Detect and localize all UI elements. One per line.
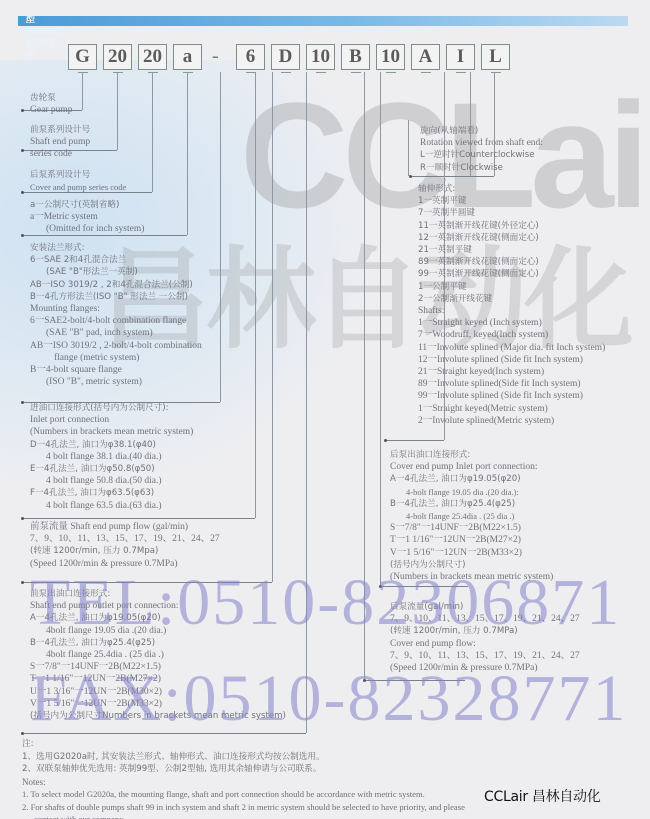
connector-vline [380, 72, 381, 586]
connector-dot [21, 732, 24, 735]
shaft-zh-line: 1一公制平键 [418, 281, 605, 293]
inlet-item-en: 4 bolt flange 50.8 dia.(50 dia.) [30, 475, 193, 487]
outlet-line: 4bolt flange 25.4dia . (25 dia .) [30, 649, 286, 661]
watermark-fax: FAX:0510-82328771 [30, 666, 627, 732]
code-segment: I [446, 44, 475, 70]
mounting-zh-line: B一4孔方形法兰(ISO "B" 形法兰 一公制) [30, 291, 202, 303]
note-zh-line: 1、选用G2020a时, 其安装法兰形式、轴伸形式、油口连接形式均按公制选用。 [22, 751, 465, 764]
shaft-en-line: 1一Straight keyed (Inch system) [418, 317, 605, 329]
cover-flow-title-en: Cover end pump flow: [390, 638, 580, 650]
mounting-en-line: (SAE "B" pad, inch system) [30, 327, 202, 339]
code-segment: 20 [103, 44, 132, 70]
connector-vline [220, 72, 221, 402]
cover-inlet-line: B一4孔法兰, 油口为φ25.4(φ25) [390, 498, 553, 510]
note-en-line: 1. To select model G2020a, the mounting … [22, 788, 465, 801]
code-segment: a [173, 44, 202, 70]
connector-vline [82, 72, 83, 110]
mounting-en-line: flange (metric system) [30, 352, 202, 364]
inlet-item-en: 4 bolt flange 38.1 dia.(40 dia.) [30, 451, 193, 463]
connector-hline [385, 440, 444, 441]
rotation-block: 旋向(从轴端看) Rotation viewed from shaft end:… [420, 125, 543, 174]
inlet-block: 进油口连接形式(括号内为公制尺寸): Inlet port connection… [30, 402, 193, 512]
shaft-title-zh: 轴伸形式: [418, 183, 605, 195]
inlet-item-en: 4 bolt flange 63.5 dia.(63 dia.) [30, 500, 193, 512]
metric-en1: a一Metric system [30, 211, 144, 223]
inlet-item-zh: D一4孔法兰, 油口为φ38.1(φ40) [30, 439, 193, 451]
code-segment: 6 [236, 44, 265, 70]
shaft-series-en1: Shaft end pump [30, 136, 90, 148]
notes-title-zh: 注: [22, 738, 465, 751]
cover-inlet-line: 4-bolt flange 25.4dia . (25 dia .) [390, 510, 553, 522]
connector-vline [272, 72, 273, 582]
code-separator: - [212, 44, 219, 68]
shaft-en-line: 1一Straight keyed(Metric system) [418, 403, 605, 415]
code-segment: 10 [376, 44, 405, 70]
mounting-title-zh: 安装法兰形式: [30, 242, 202, 254]
shaft-flow-block: 前泵流量 Shaft end pump flow (gal/min) 7、9、1… [30, 521, 220, 570]
connector-dot [21, 581, 24, 584]
inlet-item-zh: E一4孔法兰, 油口为φ50.8(φ50) [30, 463, 193, 475]
shaft-en-line: 11一Involute splined (Major dia. fit Inch… [418, 342, 605, 354]
shaft-zh-line: 21一英制平键 [418, 244, 605, 256]
note-en-line: contact with our company. [22, 813, 465, 819]
shaft-flow-cond-zh: (转速 1200r/min, 压力 0.7Mpa) [30, 545, 220, 557]
shaft-zh-line: 99一英制渐开线花键(侧面定心) [418, 268, 605, 280]
connector-dot [21, 401, 24, 404]
rotation-title-zh: 旋向(从轴端看) [420, 125, 543, 137]
connector-vline [408, 120, 409, 176]
code-segment: L [481, 44, 510, 70]
rotation-line: R一顺时针Clockwise [420, 162, 543, 174]
shaft-flow-title: 前泵流量 Shaft end pump flow (gal/min) [30, 521, 220, 533]
inlet-title-en: Inlet port connection [30, 414, 193, 426]
mounting-en-line: AB一ISO 3019/2 , 2-bolt/4-bolt combinatio… [30, 340, 202, 352]
cover-inlet-line: T一1 1/16"一12UN一2B(M27×2) [390, 534, 553, 546]
connector-dot [21, 517, 24, 520]
shaft-en-line: 12一Involute splined (Side fit Inch syste… [418, 354, 605, 366]
cover-series-en: Cover and pump series code [30, 181, 126, 193]
shaft-en-line: 21一Straight keyed(Inch system) [418, 366, 605, 378]
metric-zh: a一公制尺寸(英制省略) [30, 199, 144, 211]
connector-dot [21, 191, 24, 194]
shaft-series-zh: 前泵系列设计号 [30, 124, 90, 136]
connector-vline [187, 72, 188, 235]
code-segment: A [411, 44, 440, 70]
shaft-en-line: 89一Involute splined(Side fit Inch system… [418, 378, 605, 390]
notes-block: 注: 1、选用G2020a时, 其安装法兰形式、轴伸形式、油口连接形式均按公制选… [22, 738, 465, 819]
connector-hline [22, 518, 255, 519]
cover-flow-values2: 7、9、10、11、13、15、17、19、21、24、27 [390, 650, 580, 662]
rotation-line: L一逆时针Counterclockwise [420, 149, 543, 161]
header-title-en: / MODEL CODE [26, 14, 64, 50]
metric-en2: (Omitted for inch system) [30, 223, 144, 235]
gear-pump-block: 齿轮泵 Gear pump [30, 92, 72, 116]
shaft-en-line: 99一Involute splined (Side fit Inch syste… [418, 390, 605, 402]
shaft-zh-line: 7一英制半圆键 [418, 207, 605, 219]
shaft-zh-line: 2一公制渐开线花键 [418, 293, 605, 305]
shaft-zh-line: 11一英制渐开线花键(外径定心) [418, 220, 605, 232]
inlet-item-zh: F一4孔法兰, 油口为φ63.5(φ63) [30, 487, 193, 499]
shaft-zh-line: 12一英制渐开线花键(侧面定心) [418, 232, 605, 244]
shaft-en-line: 2一Involute splined(Metric system) [418, 415, 605, 427]
connector-dot [384, 439, 387, 442]
code-segment: 10 [306, 44, 335, 70]
connector-dot [21, 109, 24, 112]
cover-inlet-title-en: Cover end pump Inlet port connection: [390, 461, 553, 473]
cover-inlet-title-zh: 后泵出油口连接形式: [390, 449, 553, 461]
cover-series-block: 后泵系列设计号 Cover and pump series code [30, 169, 126, 193]
notes-title-en: Notes: [22, 776, 465, 789]
code-segment: G [68, 44, 97, 70]
connector-vline [255, 72, 256, 518]
mounting-en-line: (ISO "B", metric system) [30, 376, 202, 388]
connector-dot [21, 149, 24, 152]
inlet-title-zh: 进油口连接形式(括号内为公制尺寸): [30, 402, 193, 414]
gear-pump-zh: 齿轮泵 [30, 92, 72, 104]
shaft-en-line: 7一Woodruff, keyed(Inch system) [418, 329, 605, 341]
cover-inlet-line: V一1 5/16"一12UN一2B(M33×2) [390, 547, 553, 559]
note-en-line: 2. For shafts of double pumps shaft 99 i… [22, 801, 465, 814]
cover-inlet-line: A一4孔法兰, 油口为φ19.05(φ20) [390, 473, 553, 485]
metric-block: a一公制尺寸(英制省略) a一Metric system (Omitted fo… [30, 199, 144, 236]
mounting-block: 安装法兰形式: 6一SAE 2和4孔混合法兰 (SAE "B"形法兰一英制) A… [30, 242, 202, 388]
cover-inlet-line: 4-bolt flange 19.05 dia .(20 dia.): [390, 486, 553, 498]
shaft-zh-line: 89一英制渐开线花键(侧面定心) [418, 256, 605, 268]
brand-logo: CCLair 昌林自动化 [484, 786, 600, 806]
cover-inlet-line: S一7/8"一14UNF一2B(M22×1.5) [390, 522, 553, 534]
mounting-title-en: Mounting flanges: [30, 303, 202, 315]
shaft-block: 轴伸形式: 1一英制平键7一英制半圆键11一英制渐开线花键(外径定心)12一英制… [418, 183, 605, 427]
connector-dot [21, 234, 24, 237]
shaft-series-en2: series code [30, 148, 90, 160]
connector-vline [117, 72, 118, 150]
inlet-note: (Numbers in brackets mean metric system) [30, 426, 193, 438]
code-segment: 20 [138, 44, 167, 70]
cover-series-zh: 后泵系列设计号 [30, 169, 126, 181]
shaft-flow-values: 7、9、10、11、13、15、17、19、21、24、27 [30, 533, 220, 545]
mounting-zh-line: 6一SAE 2和4孔混合法兰 [30, 254, 202, 266]
connector-dot [409, 175, 412, 178]
shaft-series-block: 前泵系列设计号 Shaft end pump series code [30, 124, 90, 161]
connector-vline [152, 72, 153, 192]
rotation-title-en: Rotation viewed from shaft end: [420, 137, 543, 149]
cover-inlet-block: 后泵出油口连接形式: Cover end pump Inlet port con… [390, 449, 553, 583]
code-segment: D [271, 44, 300, 70]
mounting-en-line: 6一SAE2-bolt/4-bolt combination flange [30, 315, 202, 327]
shaft-zh-line: 1一英制平键 [418, 195, 605, 207]
code-segment: B [341, 44, 370, 70]
connector-hline [410, 176, 494, 177]
mounting-en-line: B一4-bolt square flange [30, 364, 202, 376]
gear-pump-en: Gear pump [30, 104, 72, 116]
watermark-tel: TEL:0510-82306871 [30, 570, 621, 636]
mounting-zh-line: AB一ISO 3019/2 , 2和4孔混合法兰(公制) [30, 279, 202, 291]
shaft-title-en: Shafts: [418, 305, 605, 317]
section-header: 型号说明 / MODEL CODE [18, 16, 628, 26]
note-zh-line: 2、双联泵轴伸优先选用: 英制99型、公制2型轴, 选用其余轴伸请与公司联系。 [22, 763, 465, 776]
mounting-zh-line: (SAE "B"形法兰一英制) [30, 266, 202, 278]
